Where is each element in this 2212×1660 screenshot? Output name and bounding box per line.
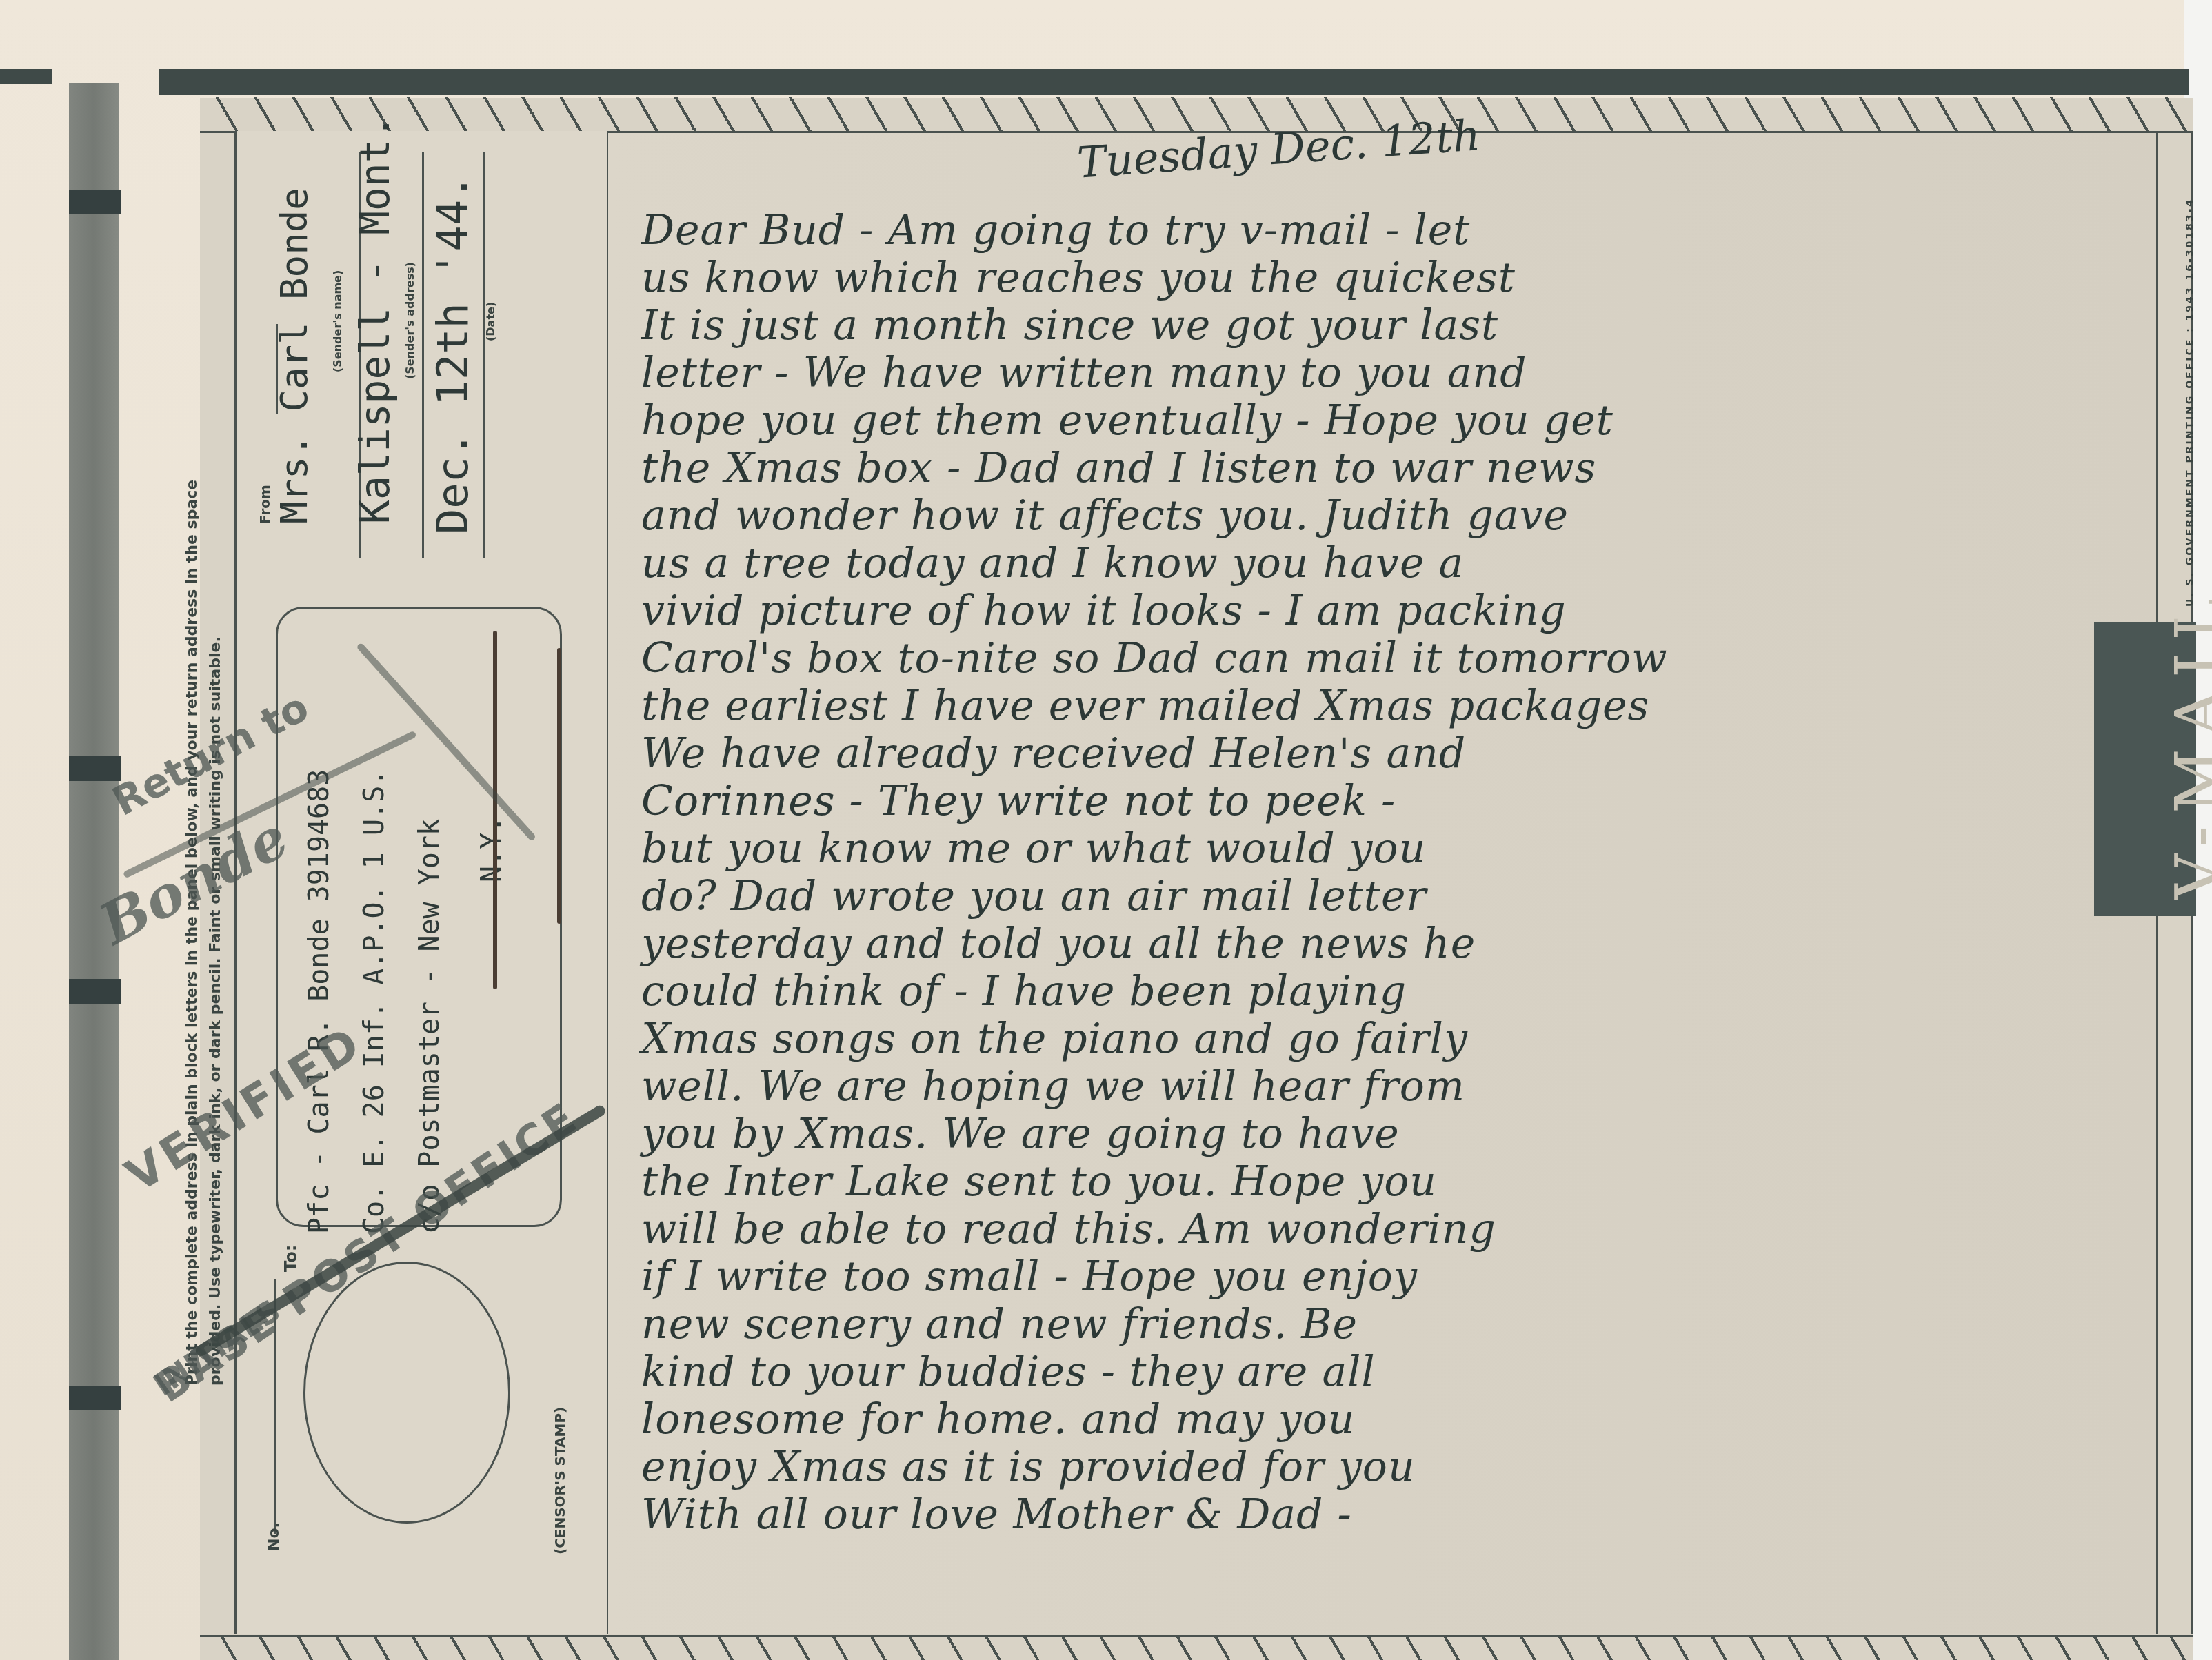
registration-bar-left (0, 69, 52, 84)
letter-line: the Inter Lake sent to you. Hope you (641, 1158, 2131, 1206)
ink-mark (493, 631, 497, 989)
printing-office-note: U. S. GOVERNMENT PRINTING OFFICE : 1943 … (2184, 198, 2195, 607)
gutter-notch (69, 190, 121, 214)
letter-line: do? Dad wrote you an air mail letter (641, 873, 2131, 920)
letter-line: It is just a month since we got your las… (641, 302, 2131, 350)
sender-address-caption: (Sender's address) (403, 262, 416, 379)
letter-line: kind to your buddies - they are all (641, 1348, 2131, 1396)
instruction-line-1: Print the complete address in plain bloc… (181, 480, 204, 1386)
letter-line: will be able to read this. Am wondering (641, 1206, 2131, 1253)
letter-line: Xmas songs on the piano and go fairly (641, 1015, 2131, 1063)
sender-address-rule (422, 152, 424, 558)
from-label: From (257, 485, 273, 524)
letter-line: new scenery and new friends. Be (641, 1301, 2131, 1348)
hatch-border-bottom (200, 1635, 2193, 1660)
date-rule (483, 152, 485, 558)
instruction-line-2: provided. Use typewriter, dark ink, or d… (204, 480, 228, 1386)
recipient-line-2: Co. E. 26 Inf. A.P.O. 1 U.S. (359, 769, 390, 1234)
vmail-label: V-MAIL (2162, 586, 2212, 900)
letter-line: and wonder how it affects you. Judith ga… (641, 492, 2131, 540)
recipient-line-1: Pfc - Carl R. Bonde 39194683 (303, 769, 335, 1234)
recipient-line-4: N.Y. (476, 816, 507, 882)
censor-stamp-label: (CENSOR'S STAMP) (552, 1407, 568, 1555)
letter-line: Dear Bud - Am going to try v-mail - let (641, 207, 2131, 254)
hatch-border-top (200, 97, 2193, 133)
letter-line: letter - We have written many to you and (641, 350, 2131, 397)
letter-line: hope you get them eventually - Hope you … (641, 397, 2131, 445)
letter-line: if I write too small - Hope you enjoy (641, 1253, 2131, 1301)
letter-line: Corinnes - They write not to peek - (641, 778, 2131, 825)
letter-line: us a tree today and I know you have a (641, 540, 2131, 587)
number-label: No. (265, 1522, 283, 1551)
letter-line: lonesome for home. and may you (641, 1396, 2131, 1444)
sender-name-caption: (Sender's name) (331, 270, 344, 372)
registration-bar-top (159, 69, 2189, 95)
gutter-notch (69, 979, 121, 1004)
letter-line: yesterday and told you all the news he (641, 920, 2131, 968)
instructions: Print the complete address in plain bloc… (181, 480, 228, 1386)
sender-name: Mrs. Carl Bonde (272, 188, 316, 524)
letter-line: enjoy Xmas as it is provided for you (641, 1444, 2131, 1491)
letter-line: Carol's box to-nite so Dad can mail it t… (641, 635, 2131, 682)
letter-line: vivid picture of how it looks - I am pac… (641, 587, 2131, 635)
letter-date: Dec. 12th '44. (428, 174, 478, 534)
letter-line: but you know me or what would you (641, 825, 2131, 873)
letter-line: the Xmas box - Dad and I listen to war n… (641, 445, 2131, 492)
letter-line: We have already received Helen's and (641, 730, 2131, 778)
letter-line: well. We are hoping we will hear from (641, 1063, 2131, 1111)
letter-body: Dear Bud - Am going to try v-mail - let … (641, 207, 2131, 1539)
letter-line: the earliest I have ever mailed Xmas pac… (641, 682, 2131, 730)
film-gutter (69, 83, 119, 1660)
letter-line: With all our love Mother & Dad - (641, 1491, 2131, 1539)
letter-line: us know which reaches you the quickest (641, 254, 2131, 302)
gutter-notch (69, 756, 121, 781)
date-caption: (Date) (484, 302, 497, 341)
ink-mark (557, 648, 561, 924)
letter-line: you by Xmas. We are going to have (641, 1111, 2131, 1158)
sender-address: Kalispell - Mont. (352, 114, 399, 524)
gutter-notch (69, 1386, 121, 1410)
letter-line: could think of - I have been playing (641, 968, 2131, 1015)
